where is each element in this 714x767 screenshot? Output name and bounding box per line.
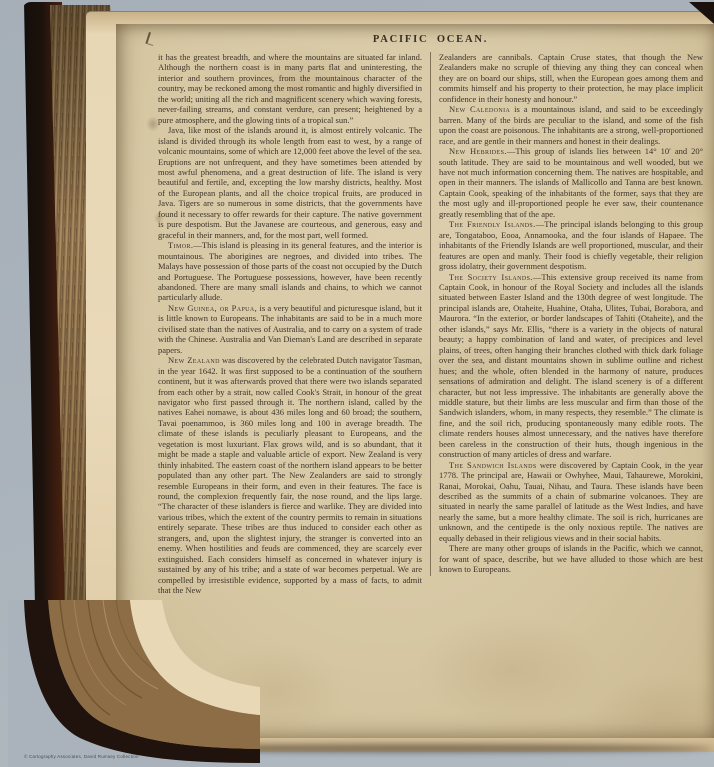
- column-divider-rule: [430, 52, 431, 576]
- paragraph: New Caledonia is a mountainous island, a…: [439, 104, 703, 146]
- watermark-copyright: © Cartography Associates, David Rumsey C…: [24, 754, 139, 760]
- two-column-layout: it has the greatest breadth, and where t…: [158, 52, 703, 596]
- paragraph: New Hebrides.—This group of islands lies…: [439, 146, 703, 219]
- paragraph-lead-smallcaps: The Society Islands.: [449, 272, 533, 282]
- paragraph-lead-smallcaps: New Guinea, or Papua,: [168, 303, 257, 313]
- paragraph: New Zealand was discovered by the celebr…: [158, 355, 422, 595]
- paragraph: Java, like most of the islands around it…: [158, 125, 422, 240]
- paragraph-lead-smallcaps: New Caledonia: [449, 104, 510, 114]
- paragraph-lead-smallcaps: Timor.: [168, 240, 193, 250]
- paragraph: The Sandwich Islands were discovered by …: [439, 460, 703, 544]
- page-title: PACIFIC OCEAN.: [158, 34, 703, 45]
- paragraph: Zealanders are cannibals. Captain Cruse …: [439, 52, 703, 104]
- paragraph: There are many other groups of islands i…: [439, 543, 703, 574]
- bottom-left-page-stack-curve: [8, 600, 260, 767]
- paragraph: The Society Islands.—This extensive grou…: [439, 272, 703, 460]
- right-column: Zealanders are cannibals. Captain Cruse …: [439, 52, 703, 575]
- paragraph: New Guinea, or Papua, is a very beautifu…: [158, 303, 422, 355]
- paragraph: The Friendly Islands.—The principal isla…: [439, 219, 703, 271]
- paragraph-lead-smallcaps: The Friendly Islands.: [449, 219, 536, 229]
- paragraph: Timor.—This island is pleasing in its ge…: [158, 240, 422, 303]
- paragraph-lead-smallcaps: New Hebrides.: [449, 146, 507, 156]
- scanned-book-photo: PACIFIC OCEAN. it has the greatest bread…: [0, 0, 714, 767]
- left-column: it has the greatest breadth, and where t…: [158, 52, 422, 596]
- paragraph-lead-smallcaps: New Zealand: [168, 355, 220, 365]
- paragraph-lead-smallcaps: The Sandwich Islands: [449, 460, 537, 470]
- page-text-block: PACIFIC OCEAN. it has the greatest bread…: [158, 34, 703, 596]
- paragraph: it has the greatest breadth, and where t…: [158, 52, 422, 125]
